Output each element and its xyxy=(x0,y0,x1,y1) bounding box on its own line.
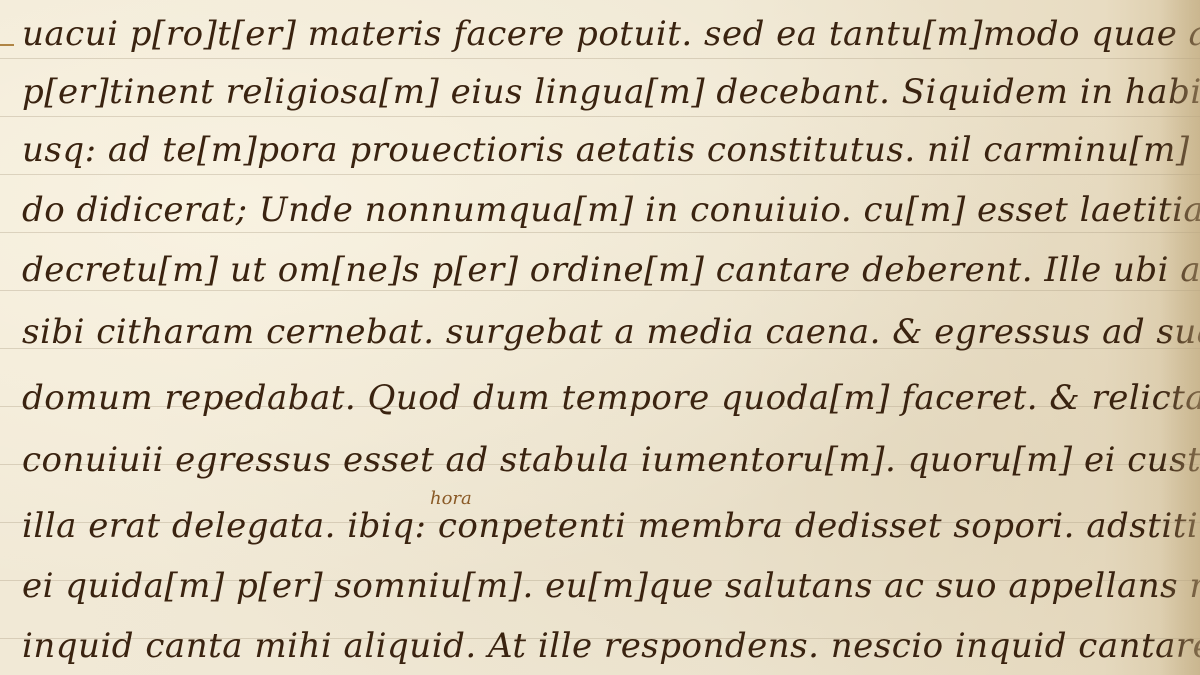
text-line: sibi citharam cernebat. surgebat a media… xyxy=(22,312,1170,352)
text-line: domum repedabat. Quod dum tempore quoda[… xyxy=(22,378,1170,418)
text-line: illa erat delegata. ibiq: conpetenti mem… xyxy=(22,506,1170,546)
text-line: ei quida[m] p[er] somniu[m]. eu[m]que sa… xyxy=(22,566,1170,606)
ruling-line xyxy=(0,116,1200,117)
interlinear-gloss: hora xyxy=(430,488,472,509)
text-line: do didicerat; Unde nonnumqua[m] in conui… xyxy=(22,190,1170,230)
ruling-line xyxy=(0,232,1200,233)
text-line: conuiuii egressus esset ad stabula iumen… xyxy=(22,440,1170,480)
page-edge-shading xyxy=(1160,0,1200,675)
text-line: decretu[m] ut om[ne]s p[er] ordine[m] ca… xyxy=(22,250,1170,290)
text-line: p[er]tinent religiosa[m] eius lingua[m] … xyxy=(22,72,1170,112)
text-line: usq: ad te[m]pora prouectioris aetatis c… xyxy=(22,130,1170,170)
ruling-line xyxy=(0,58,1200,59)
ruling-line xyxy=(0,174,1200,175)
text-line: inquid canta mihi aliquid. At ille respo… xyxy=(22,626,1170,666)
margin-mark xyxy=(0,44,14,46)
ruling-line xyxy=(0,290,1200,291)
manuscript-folio: uacui p[ro]t[er] materis facere potuit. … xyxy=(0,0,1200,675)
text-line: uacui p[ro]t[er] materis facere potuit. … xyxy=(22,14,1170,54)
